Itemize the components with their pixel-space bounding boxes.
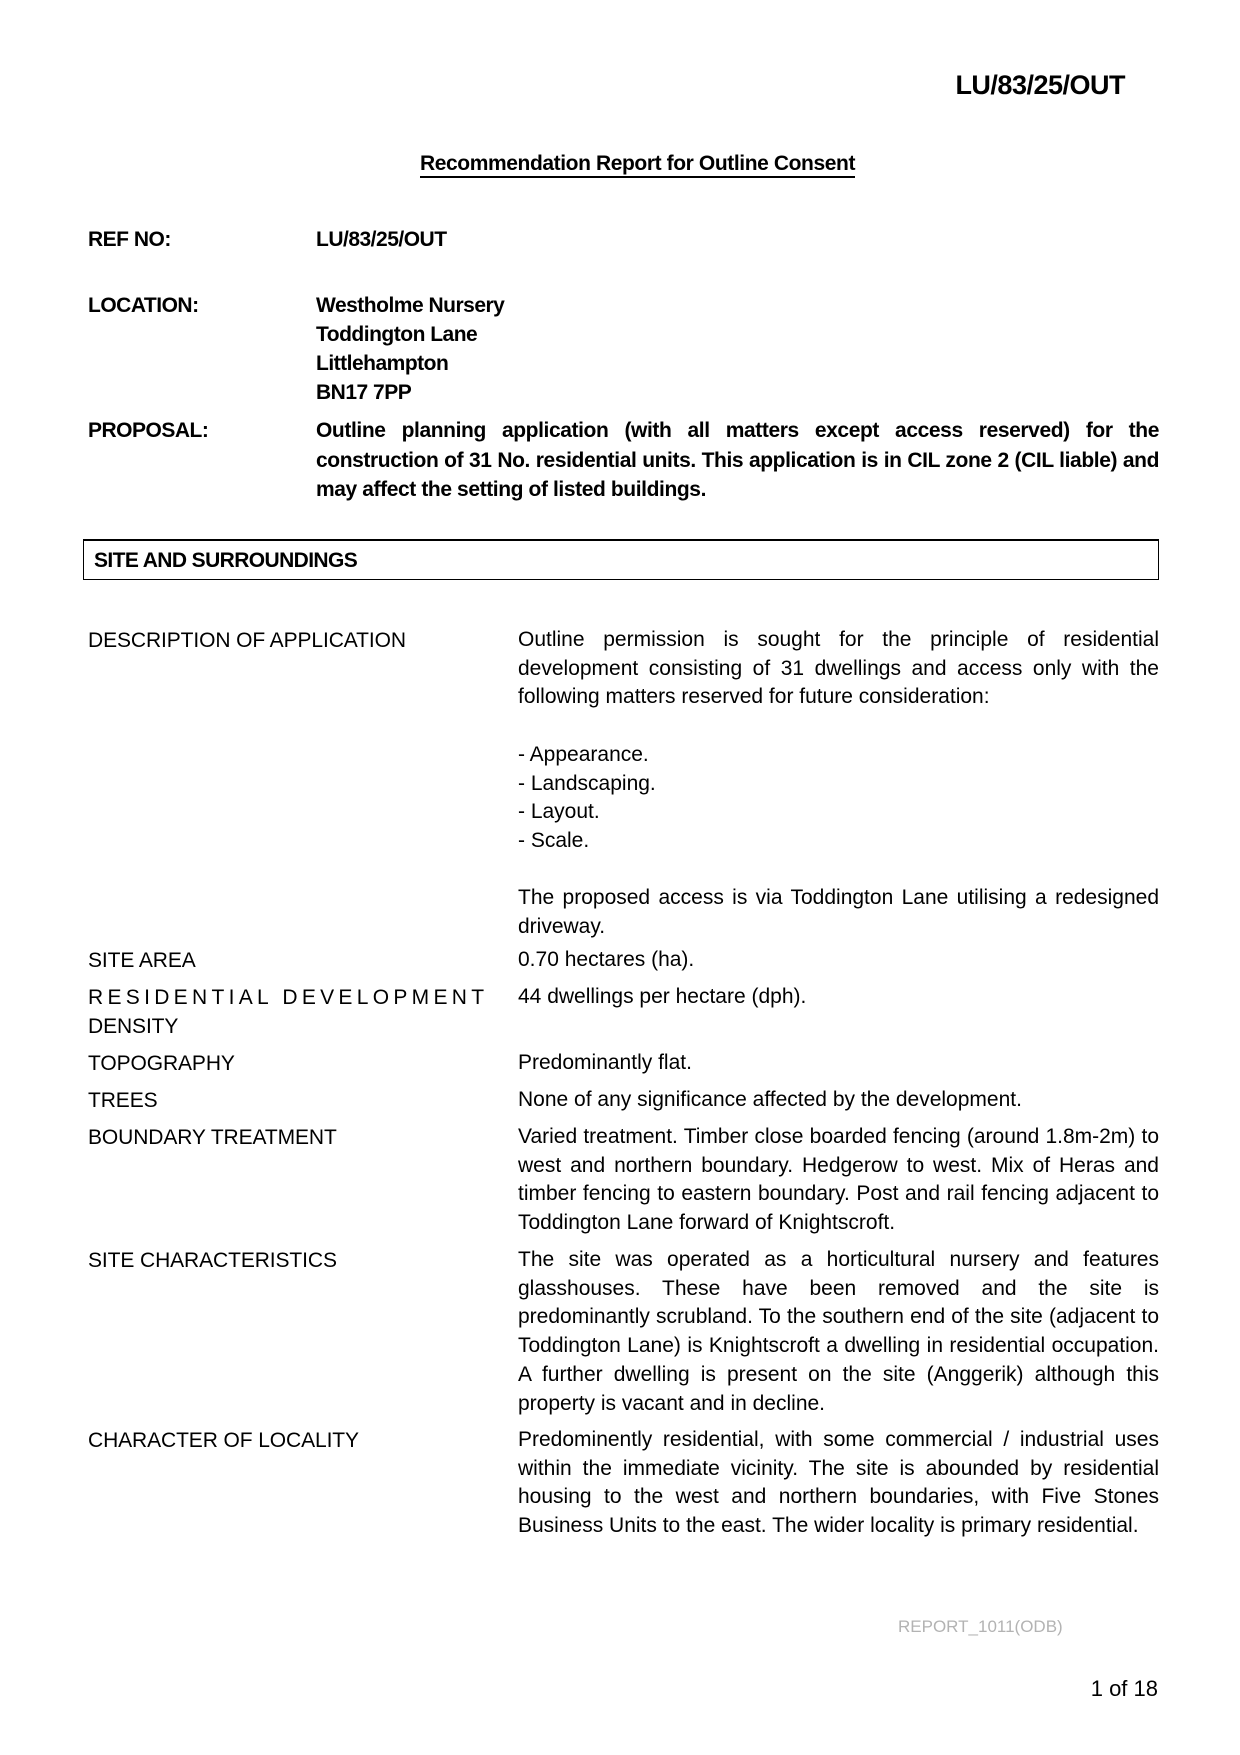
boundary-value: Varied treatment. Timber close boarded f… [518,1123,1159,1238]
description-intro: Outline permission is sought for the pri… [518,626,1159,712]
reserved-matter: - Layout. [518,798,1159,827]
location-line: BN17 7PP [316,378,504,407]
proposal-text: Outline planning application (with all m… [316,416,1159,505]
location-line: Westholme Nursery [316,291,504,320]
location-line: Littlehampton [316,349,504,378]
density-label-line: RESIDENTIAL DEVELOPMENT [88,983,488,1012]
description-value: Outline permission is sought for the pri… [518,626,1159,942]
report-code: REPORT_1011(ODB) [898,1617,1063,1637]
report-title-text: Recommendation Report for Outline Consen… [420,152,855,178]
topography-value: Predominantly flat. [518,1049,1159,1078]
location-address: Westholme Nursery Toddington Lane Little… [316,291,504,407]
reserved-matter: - Scale. [518,827,1159,856]
reserved-matter: - Appearance. [518,741,1159,770]
location-label: LOCATION: [88,294,199,318]
page-number: 1 of 18 [1091,1676,1158,1702]
locality-label: CHARACTER OF LOCALITY [88,1426,359,1455]
description-label: DESCRIPTION OF APPLICATION [88,626,406,655]
reserved-matter: - Landscaping. [518,770,1159,799]
access-note: The proposed access is via Toddington La… [518,884,1159,941]
density-value: 44 dwellings per hectare (dph). [518,983,1159,1012]
trees-label: TREES [88,1086,158,1115]
site-area-value: 0.70 hectares (ha). [518,946,1159,975]
characteristics-value: The site was operated as a horticultural… [518,1246,1159,1418]
locality-value: Predominently residential, with some com… [518,1426,1159,1541]
location-line: Toddington Lane [316,320,504,349]
density-label-line: DENSITY [88,1012,488,1041]
report-title: Recommendation Report for Outline Consen… [0,152,1240,176]
characteristics-label: SITE CHARACTERISTICS [88,1246,337,1275]
density-label: RESIDENTIAL DEVELOPMENT DENSITY [88,983,488,1041]
topography-label: TOPOGRAPHY [88,1049,235,1078]
trees-value: None of any significance affected by the… [518,1086,1159,1115]
boundary-label: BOUNDARY TREATMENT [88,1123,337,1152]
proposal-label: PROPOSAL: [88,419,208,443]
report-reference: LU/83/25/OUT [955,70,1125,101]
section-title: SITE AND SURROUNDINGS [94,549,357,573]
site-area-label: SITE AREA [88,946,196,975]
ref-no-label: REF NO: [88,228,171,252]
ref-no-value: LU/83/25/OUT [316,225,447,254]
section-header: SITE AND SURROUNDINGS [83,539,1159,580]
